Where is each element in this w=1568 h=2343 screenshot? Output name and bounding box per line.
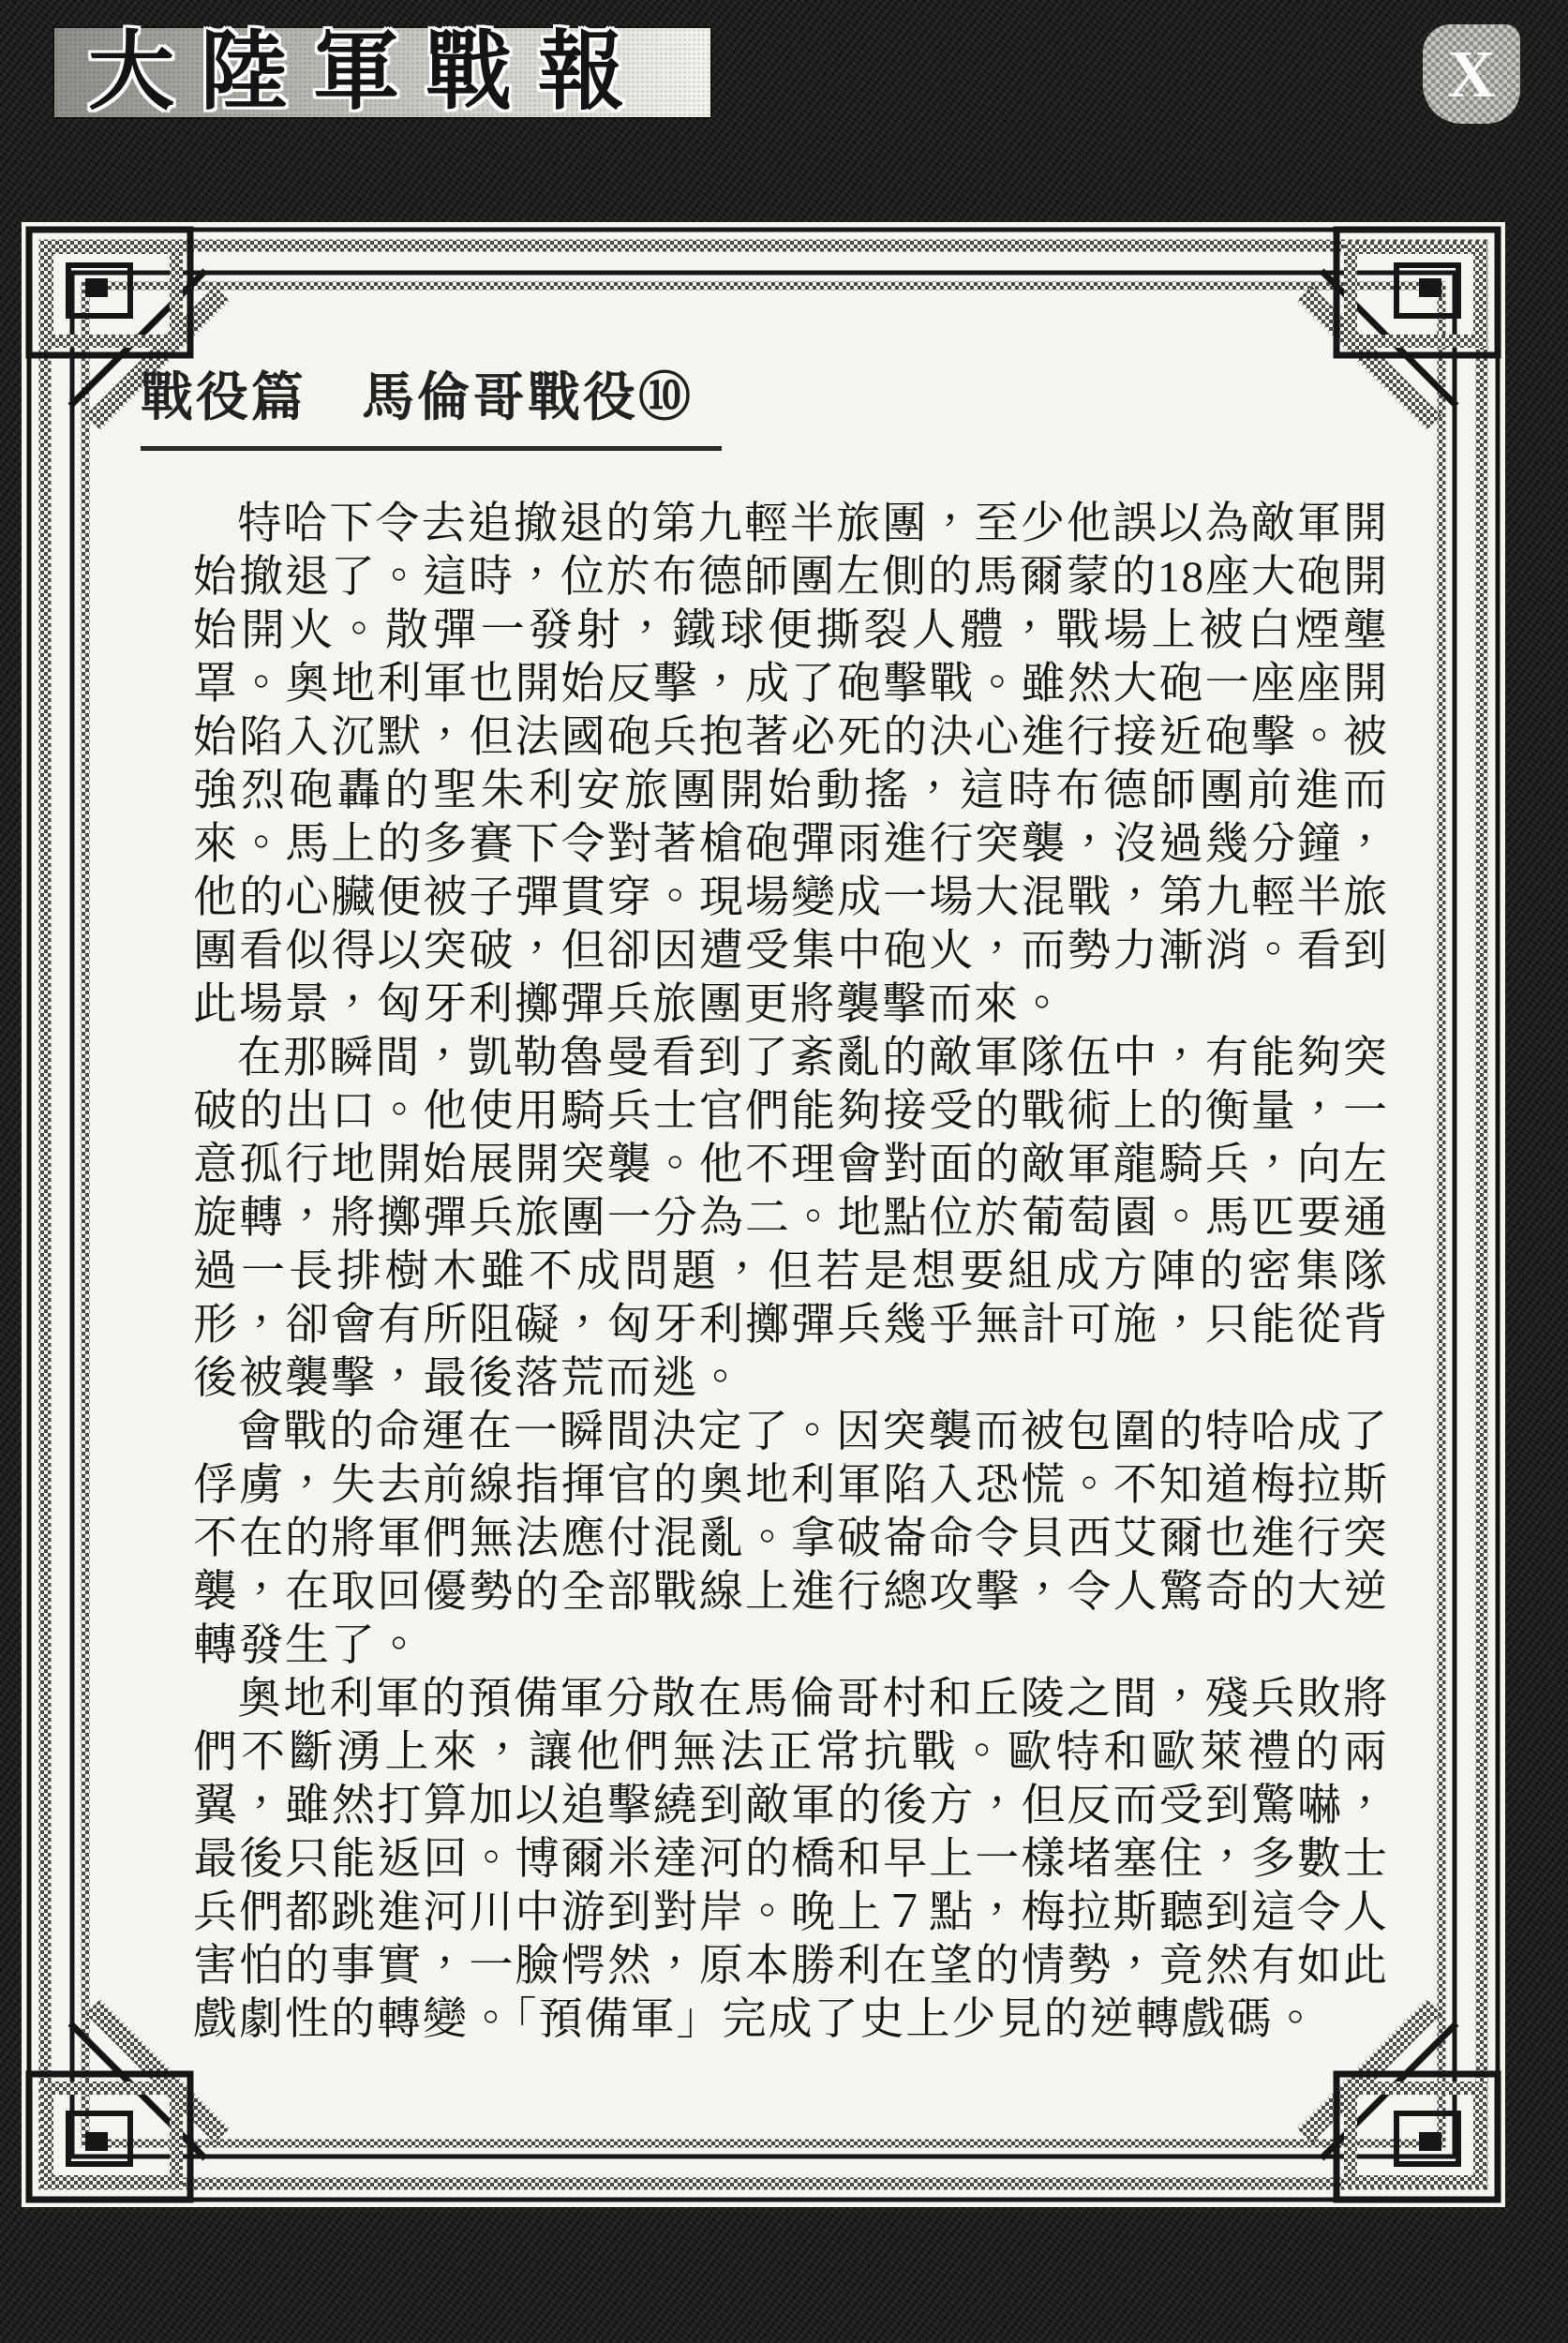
paragraph-4: 奧地利軍的預備軍分散在馬倫哥村和丘陵之間，殘兵敗將們不斷湧上來，讓他們無法正常抗… [193, 1673, 1389, 2047]
paragraph-1: 特哈下令去追撤退的第九輕半旅團，至少他誤以為敵軍開始撤退了。這時，位於布德師團左… [193, 498, 1389, 1032]
paragraph-3: 會戰的命運在一瞬間決定了。因突襲而被包圍的特哈成了俘虜，失去前線指揮官的奧地利軍… [193, 1406, 1389, 1673]
paragraph-2: 在那瞬間，凱勒魯曼看到了紊亂的敵軍隊伍中，有能夠突破的出口。他使用騎兵士官們能夠… [193, 1032, 1389, 1406]
title-underline [141, 446, 722, 451]
article-body: 特哈下令去追撤退的第九輕半旅團，至少他誤以為敵軍開始撤退了。這時，位於布德師團左… [193, 498, 1389, 2047]
header-banner: 大陸軍戰報 [54, 28, 710, 117]
section-title: 戰役篇 馬倫哥戰役⑩ [141, 356, 1411, 431]
page-marker-badge: X [1423, 24, 1520, 124]
banner-title: 大陸軍戰報 [54, 28, 650, 117]
content-panel: 戰役篇 馬倫哥戰役⑩ 特哈下令去追撤退的第九輕半旅團，至少他誤以為敵軍開始撤退了… [22, 222, 1505, 2207]
article: 戰役篇 馬倫哥戰役⑩ 特哈下令去追撤退的第九輕半旅團，至少他誤以為敵軍開始撤退了… [141, 356, 1411, 2047]
page-marker-letter: X [1447, 40, 1496, 108]
